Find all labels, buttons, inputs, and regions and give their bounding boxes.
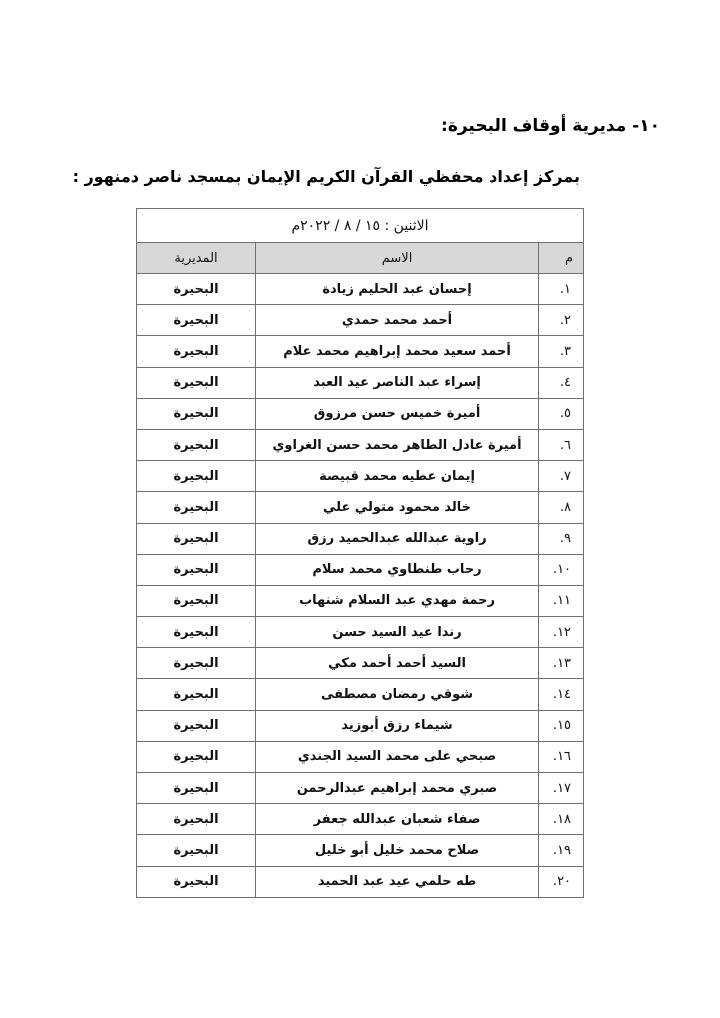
participants-table: الاثنين : ١٥ / ٨ / ٢٠٢٢م م الاسم المديري… (136, 208, 584, 898)
row-number: ١٨. (539, 804, 584, 835)
participant-name: أميرة عادل الطاهر محمد حسن الغراوي (256, 429, 539, 460)
table-row: ١١.رحمة مهدي عبد السلام شنهابالبحيرة (137, 585, 584, 616)
participant-name: طه حلمي عيد عبد الحميد (256, 866, 539, 897)
table-row: ٦.أميرة عادل الطاهر محمد حسن الغراويالبح… (137, 429, 584, 460)
participant-name: أميرة خميس حسن مرزوق (256, 398, 539, 429)
directorate-cell: البحيرة (137, 492, 256, 523)
row-number: ١٦. (539, 741, 584, 772)
directorate-cell: البحيرة (137, 274, 256, 305)
table-body: ١.إحسان عبد الحليم زيادةالبحيرة٢.أحمد مح… (137, 274, 584, 898)
row-number: ١٣. (539, 648, 584, 679)
participant-name: شوقي رمضان مصطفى (256, 679, 539, 710)
subheading: بمركز إعداد محفظي القرآن الكريم الإيمان … (73, 167, 580, 186)
participant-name: رحمة مهدي عبد السلام شنهاب (256, 585, 539, 616)
row-number: ١٧. (539, 773, 584, 804)
directorate-cell: البحيرة (137, 773, 256, 804)
row-number: ٢. (539, 305, 584, 336)
table-row: ١٢.رندا عيد السيد حسنالبحيرة (137, 617, 584, 648)
table-row: ٤.إسراء عبد الناصر عيد العبدالبحيرة (137, 367, 584, 398)
participant-name: صفاء شعبان عبدالله جعفر (256, 804, 539, 835)
table-row: ١٧.صبري محمد إبراهيم عبدالرحمنالبحيرة (137, 773, 584, 804)
participant-name: صبحي على محمد السيد الجندي (256, 741, 539, 772)
row-number: ٤. (539, 367, 584, 398)
directorate-cell: البحيرة (137, 461, 256, 492)
participant-name: أحمد سعيد محمد إبراهيم محمد علام (256, 336, 539, 367)
table-row: ٨.خالد محمود متولي عليالبحيرة (137, 492, 584, 523)
participant-name: صلاح محمد خليل أبو خليل (256, 835, 539, 866)
participant-name: أحمد محمد حمدي (256, 305, 539, 336)
participant-name: رحاب طنطاوي محمد سلام (256, 554, 539, 585)
header-name: الاسم (256, 243, 539, 274)
table-row: ٩.راوية عبدالله عبدالحميد رزقالبحيرة (137, 523, 584, 554)
participant-name: شيماء رزق أبوزيد (256, 710, 539, 741)
directorate-cell: البحيرة (137, 305, 256, 336)
participant-name: صبري محمد إبراهيم عبدالرحمن (256, 773, 539, 804)
directorate-cell: البحيرة (137, 741, 256, 772)
row-number: ٦. (539, 429, 584, 460)
table-row: ٣.أحمد سعيد محمد إبراهيم محمد علامالبحير… (137, 336, 584, 367)
directorate-cell: البحيرة (137, 804, 256, 835)
header-number: م (539, 243, 584, 274)
row-number: ١٢. (539, 617, 584, 648)
header-directorate: المديرية (137, 243, 256, 274)
date-row: الاثنين : ١٥ / ٨ / ٢٠٢٢م (137, 209, 584, 243)
participant-name: راوية عبدالله عبدالحميد رزق (256, 523, 539, 554)
directorate-cell: البحيرة (137, 523, 256, 554)
row-number: ٥. (539, 398, 584, 429)
directorate-cell: البحيرة (137, 617, 256, 648)
participant-name: إحسان عبد الحليم زيادة (256, 274, 539, 305)
table-row: ١٣.السيد أحمد أحمد مكيالبحيرة (137, 648, 584, 679)
row-number: ١. (539, 274, 584, 305)
directorate-cell: البحيرة (137, 367, 256, 398)
table-row: ٢٠.طه حلمي عيد عبد الحميدالبحيرة (137, 866, 584, 897)
section-heading: ١٠- مديرية أوقاف البحيرة: (441, 116, 660, 136)
table-row: ١٠.رحاب طنطاوي محمد سلامالبحيرة (137, 554, 584, 585)
directorate-cell: البحيرة (137, 429, 256, 460)
row-number: ١٤. (539, 679, 584, 710)
directorate-cell: البحيرة (137, 710, 256, 741)
row-number: ١١. (539, 585, 584, 616)
row-number: ٢٠. (539, 866, 584, 897)
table-row: ١٩.صلاح محمد خليل أبو خليلالبحيرة (137, 835, 584, 866)
table-row: ١٦.صبحي على محمد السيد الجنديالبحيرة (137, 741, 584, 772)
row-number: ١٩. (539, 835, 584, 866)
table-row: ٢.أحمد محمد حمديالبحيرة (137, 305, 584, 336)
row-number: ٨. (539, 492, 584, 523)
directorate-cell: البحيرة (137, 585, 256, 616)
date-cell: الاثنين : ١٥ / ٨ / ٢٠٢٢م (137, 209, 584, 243)
table-row: ١٨.صفاء شعبان عبدالله جعفرالبحيرة (137, 804, 584, 835)
participant-name: إسراء عبد الناصر عيد العبد (256, 367, 539, 398)
row-number: ٣. (539, 336, 584, 367)
row-number: ١٠. (539, 554, 584, 585)
participant-name: رندا عيد السيد حسن (256, 617, 539, 648)
directorate-cell: البحيرة (137, 835, 256, 866)
directorate-cell: البحيرة (137, 554, 256, 585)
directorate-cell: البحيرة (137, 679, 256, 710)
row-number: ٧. (539, 461, 584, 492)
table-row: ١٤.شوقي رمضان مصطفىالبحيرة (137, 679, 584, 710)
directorate-cell: البحيرة (137, 336, 256, 367)
directorate-cell: البحيرة (137, 866, 256, 897)
row-number: ٩. (539, 523, 584, 554)
participant-name: إيمان عطيه محمد قبيصة (256, 461, 539, 492)
table-row: ٧.إيمان عطيه محمد قبيصةالبحيرة (137, 461, 584, 492)
row-number: ١٥. (539, 710, 584, 741)
table-row: ١٥.شيماء رزق أبوزيدالبحيرة (137, 710, 584, 741)
participant-name: السيد أحمد أحمد مكي (256, 648, 539, 679)
table-row: ٥.أميرة خميس حسن مرزوقالبحيرة (137, 398, 584, 429)
header-row: م الاسم المديرية (137, 243, 584, 274)
directorate-cell: البحيرة (137, 648, 256, 679)
directorate-cell: البحيرة (137, 398, 256, 429)
table-row: ١.إحسان عبد الحليم زيادةالبحيرة (137, 274, 584, 305)
participant-name: خالد محمود متولي علي (256, 492, 539, 523)
